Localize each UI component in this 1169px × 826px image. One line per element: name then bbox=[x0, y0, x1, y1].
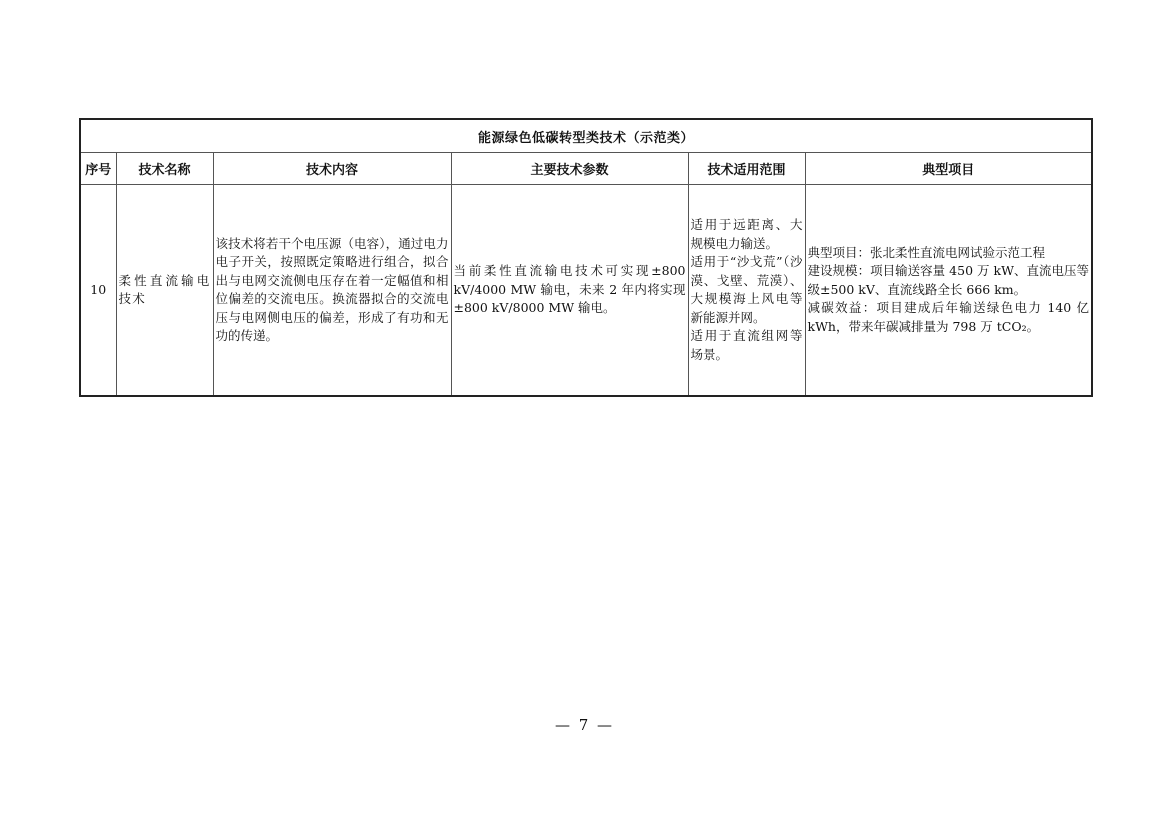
column-header-name: 技术名称 bbox=[116, 153, 213, 185]
typical-project: 典型项目：张北柔性直流电网试验示范工程 建设规模：项目输送容量 450 万 kW… bbox=[805, 185, 1092, 397]
technology-table: 能源绿色低碳转型类技术（示范类） 序号 技术名称 技术内容 主要技术参数 技术适… bbox=[79, 118, 1093, 397]
scope-item: 适用于直流组网等场景。 bbox=[691, 327, 803, 364]
column-header-scope: 技术适用范围 bbox=[688, 153, 805, 185]
table-row: 10 柔性直流输电技术 该技术将若干个电压源（电容），通过电力电子开关，按照既定… bbox=[80, 185, 1092, 397]
technology-content: 该技术将若干个电压源（电容），通过电力电子开关，按照既定策略进行组合，拟合出与电… bbox=[213, 185, 451, 397]
scope-item: 适用于“沙戈荒”（沙漠、戈壁、荒漠）、大规模海上风电等新能源并网。 bbox=[691, 253, 803, 327]
row-index: 10 bbox=[80, 185, 116, 397]
table-title-row: 能源绿色低碳转型类技术（示范类） bbox=[80, 119, 1092, 153]
technology-scope: 适用于远距离、大规模电力输送。 适用于“沙戈荒”（沙漠、戈壁、荒漠）、大规模海上… bbox=[688, 185, 805, 397]
column-header-parameters: 主要技术参数 bbox=[451, 153, 688, 185]
table-title: 能源绿色低碳转型类技术（示范类） bbox=[80, 119, 1092, 153]
technology-name: 柔性直流输电技术 bbox=[116, 185, 213, 397]
project-name: 典型项目：张北柔性直流电网试验示范工程 bbox=[808, 244, 1090, 263]
project-scale: 建设规模：项目输送容量 450 万 kW、直流电压等级±500 kV、直流线路全… bbox=[808, 262, 1090, 299]
technology-parameters: 当前柔性直流输电技术可实现±800 kV/4000 MW 输电，未来 2 年内将… bbox=[451, 185, 688, 397]
project-carbon-benefit: 减碳效益：项目建成后年输送绿色电力 140 亿 kWh，带来年碳减排量为 798… bbox=[808, 299, 1090, 336]
column-header-content: 技术内容 bbox=[213, 153, 451, 185]
scope-item: 适用于远距离、大规模电力输送。 bbox=[691, 216, 803, 253]
column-header-project: 典型项目 bbox=[805, 153, 1092, 185]
page-number: — 7 — bbox=[0, 716, 1169, 734]
column-header-index: 序号 bbox=[80, 153, 116, 185]
table-header-row: 序号 技术名称 技术内容 主要技术参数 技术适用范围 典型项目 bbox=[80, 153, 1092, 185]
